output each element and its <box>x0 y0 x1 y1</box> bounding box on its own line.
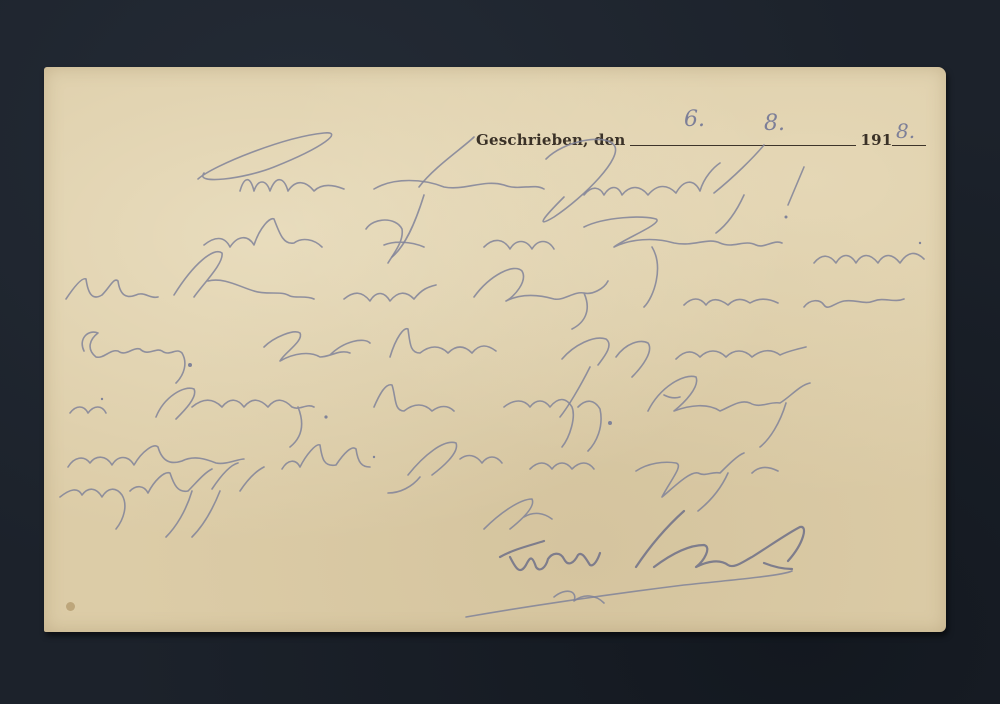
postcard: Geschrieben, den 191 6. 8. 8. <box>44 67 946 632</box>
handwriting-signature <box>466 511 804 617</box>
handwritten-message <box>44 67 946 632</box>
handwriting-line-4 <box>82 329 806 417</box>
paper-stain <box>66 602 75 611</box>
handwriting-line-7 <box>60 463 264 537</box>
handwriting-line-1 <box>198 133 804 257</box>
handwriting-line-3 <box>66 252 904 329</box>
handwriting-line-6 <box>68 442 778 511</box>
handwriting-line-5 <box>70 376 810 451</box>
handwriting-closing <box>484 499 552 529</box>
handwriting-line-2 <box>204 217 924 307</box>
